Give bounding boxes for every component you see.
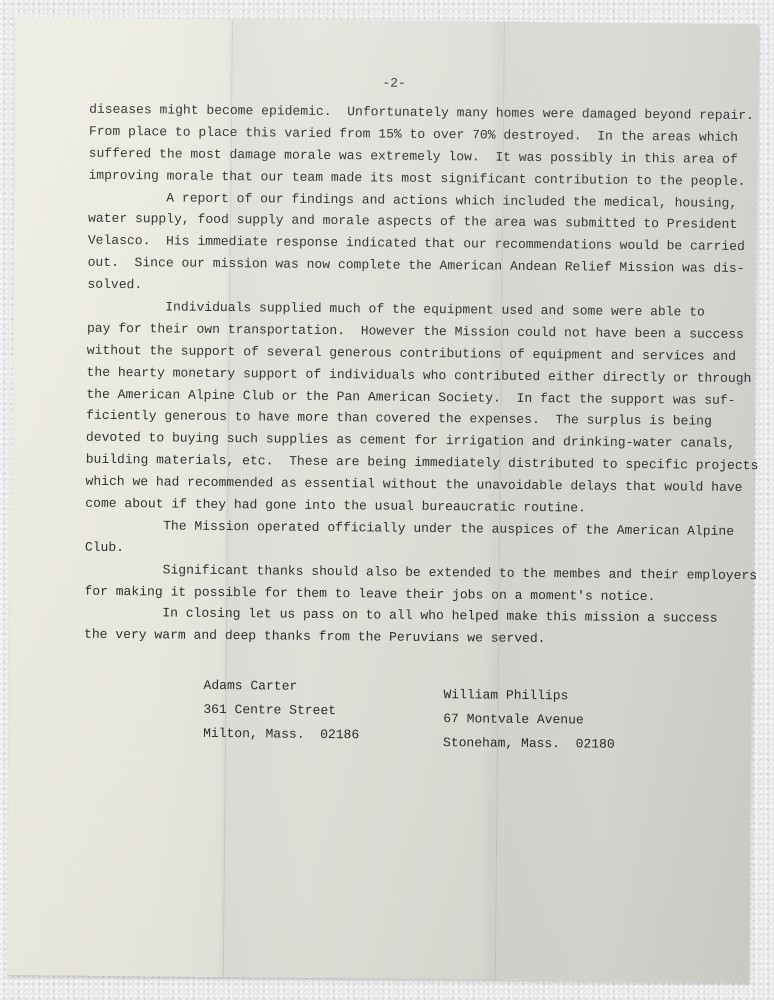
signer-street: 361 Centre Street: [203, 698, 359, 723]
signature-block-adams-carter: Adams Carter 361 Centre Street Milton, M…: [203, 674, 360, 747]
signer-street: 67 Montvale Avenue: [443, 707, 615, 733]
signature-block-william-phillips: William Phillips 67 Montvale Avenue Ston…: [443, 683, 615, 757]
signer-name: Adams Carter: [203, 674, 359, 699]
signer-city: Milton, Mass. 02186: [203, 722, 359, 747]
letter-body: diseases might become epidemic. Unfortun…: [84, 99, 749, 653]
signer-name: William Phillips: [443, 683, 615, 709]
letter-page: -2- diseases might become epidemic. Unfo…: [7, 17, 758, 982]
page-number: -2-: [382, 76, 406, 91]
signer-city: Stoneham, Mass. 02180: [443, 731, 615, 757]
